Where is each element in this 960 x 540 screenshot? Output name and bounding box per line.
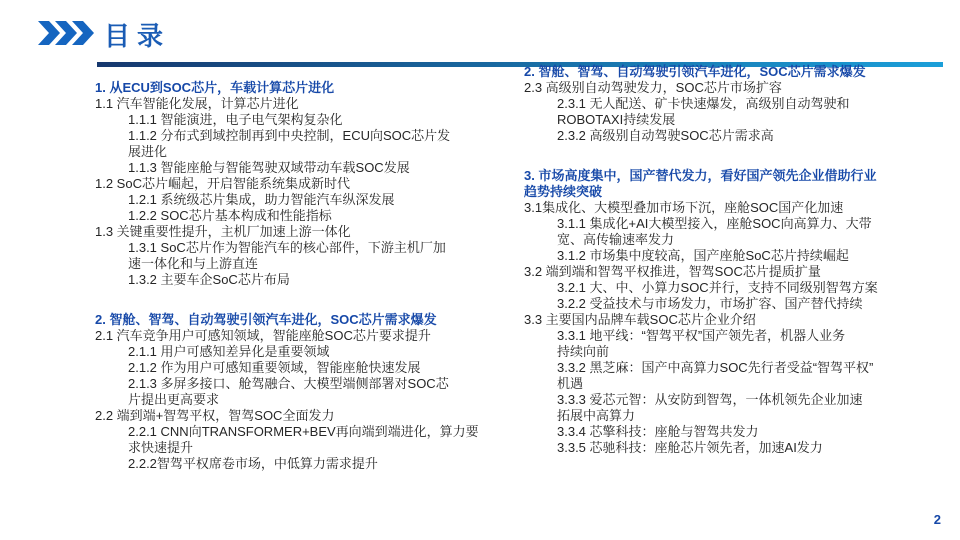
toc-item: 3.2.1 大、中、小算力SOC并行，支持不同级别智驾方案 <box>524 280 930 296</box>
toc-item: 3.3 主要国内品牌车载SOC芯片企业介绍 <box>524 312 930 328</box>
toc-item: 1.2 SoC芯片崛起，开启智能系统集成新时代 <box>95 176 493 192</box>
toc-section: 1. 从ECU到SOC芯片，车载计算芯片进化1.1 汽车智能化发展，计算芯片进化… <box>95 80 493 288</box>
toc-column-right: 2. 智舱、智驾、自动驾驶引领汽车进化，SOC芯片需求爆发2.3 高级别自动驾驶… <box>524 64 930 456</box>
triple-chevron-icon <box>38 21 96 45</box>
toc-item: 3.3.2 黑芝麻：国产中高算力SOC先行者受益“智驾平权” 机遇 <box>524 360 930 392</box>
toc-item: 3.1集成化、大模型叠加市场下沉，座舱SOC国产化加速 <box>524 200 930 216</box>
toc-item: 1.3.1 SoC芯片作为智能汽车的核心部件，下游主机厂加 速一体化和与上游直连 <box>95 240 493 272</box>
toc-item: 1.1 汽车智能化发展，计算芯片进化 <box>95 96 493 112</box>
toc-section-heading: 2. 智舱、智驾、自动驾驶引领汽车进化，SOC芯片需求爆发 <box>524 64 930 80</box>
toc-item: 3.1.1 集成化+AI大模型接入，座舱SOC向高算力、大带 宽、高传输速率发力 <box>524 216 930 248</box>
toc-item: 1.1.3 智能座舱与智能驾驶双域带动车载SOC发展 <box>95 160 493 176</box>
toc-item: 2.1 汽车竞争用户可感知领域，智能座舱SOC芯片要求提升 <box>95 328 493 344</box>
toc-item: 2.1.2 作为用户可感知重要领域，智能座舱快速发展 <box>95 360 493 376</box>
toc-item: 1.3.2 主要车企SoC芯片布局 <box>95 272 493 288</box>
toc-section: 2. 智舱、智驾、自动驾驶引领汽车进化，SOC芯片需求爆发2.3 高级别自动驾驶… <box>524 64 930 144</box>
toc-item: 2.2.1 CNN向TRANSFORMER+BEV再向端到端进化，算力要 求快速… <box>95 424 493 456</box>
toc-item: 1.1.1 智能演进，电子电气架构复杂化 <box>95 112 493 128</box>
toc-item: 3.2 端到端和智驾平权推进，智驾SOC芯片提质扩量 <box>524 264 930 280</box>
toc-slide: 目录 1. 从ECU到SOC芯片，车载计算芯片进化1.1 汽车智能化发展，计算芯… <box>0 0 960 540</box>
toc-item: 2.3.2 高级别自动驾驶SOC芯片需求高 <box>524 128 930 144</box>
toc-item: 2.2 端到端+智驾平权，智驾SOC全面发力 <box>95 408 493 424</box>
toc-item: 3.2.2 受益技术与市场发力，市场扩容、国产替代持续 <box>524 296 930 312</box>
toc-section: 2. 智舱、智驾、自动驾驶引领汽车进化，SOC芯片需求爆发2.1 汽车竞争用户可… <box>95 312 493 472</box>
toc-section-heading: 2. 智舱、智驾、自动驾驶引领汽车进化，SOC芯片需求爆发 <box>95 312 493 328</box>
toc-item: 3.3.5 芯驰科技：座舱芯片领先者，加速AI发力 <box>524 440 930 456</box>
toc-item: 3.1.2 市场集中度较高，国产座舱SoC芯片持续崛起 <box>524 248 930 264</box>
toc-item: 2.1.3 多屏多接口、舱驾融合、大模型端侧部署对SOC芯 片提出更高要求 <box>95 376 493 408</box>
toc-item: 2.2.2智驾平权席卷市场，中低算力需求提升 <box>95 456 493 472</box>
toc-item: 1.3 关键重要性提升，主机厂加速上游一体化 <box>95 224 493 240</box>
toc-section-heading: 3. 市场高度集中，国产替代发力，看好国产领先企业借助行业 趋势持续突破 <box>524 168 930 200</box>
toc-item: 3.3.1 地平线：“智驾平权”国产领先者，机器人业务 持续向前 <box>524 328 930 360</box>
toc-column-left: 1. 从ECU到SOC芯片，车载计算芯片进化1.1 汽车智能化发展，计算芯片进化… <box>95 80 493 472</box>
toc-section-heading: 1. 从ECU到SOC芯片，车载计算芯片进化 <box>95 80 493 96</box>
toc-item: 1.1.2 分布式到域控制再到中央控制，ECU向SOC芯片发 展进化 <box>95 128 493 160</box>
toc-item: 1.2.2 SOC芯片基本构成和性能指标 <box>95 208 493 224</box>
page-number: 2 <box>934 512 941 527</box>
page-title: 目录 <box>104 16 170 53</box>
toc-item: 2.3.1 无人配送、矿卡快速爆发，高级别自动驾驶和 ROBOTAXI持续发展 <box>524 96 930 128</box>
toc-section: 3. 市场高度集中，国产替代发力，看好国产领先企业借助行业 趋势持续突破3.1集… <box>524 168 930 456</box>
toc-item: 3.3.3 爱芯元智：从安防到智驾，一体机领先企业加速 拓展中高算力 <box>524 392 930 424</box>
toc-item: 1.2.1 系统级芯片集成，助力智能汽车纵深发展 <box>95 192 493 208</box>
toc-item: 3.3.4 芯擎科技：座舱与智驾共发力 <box>524 424 930 440</box>
toc-item: 2.3 高级别自动驾驶发力，SOC芯片市场扩容 <box>524 80 930 96</box>
toc-item: 2.1.1 用户可感知差异化是重要领域 <box>95 344 493 360</box>
